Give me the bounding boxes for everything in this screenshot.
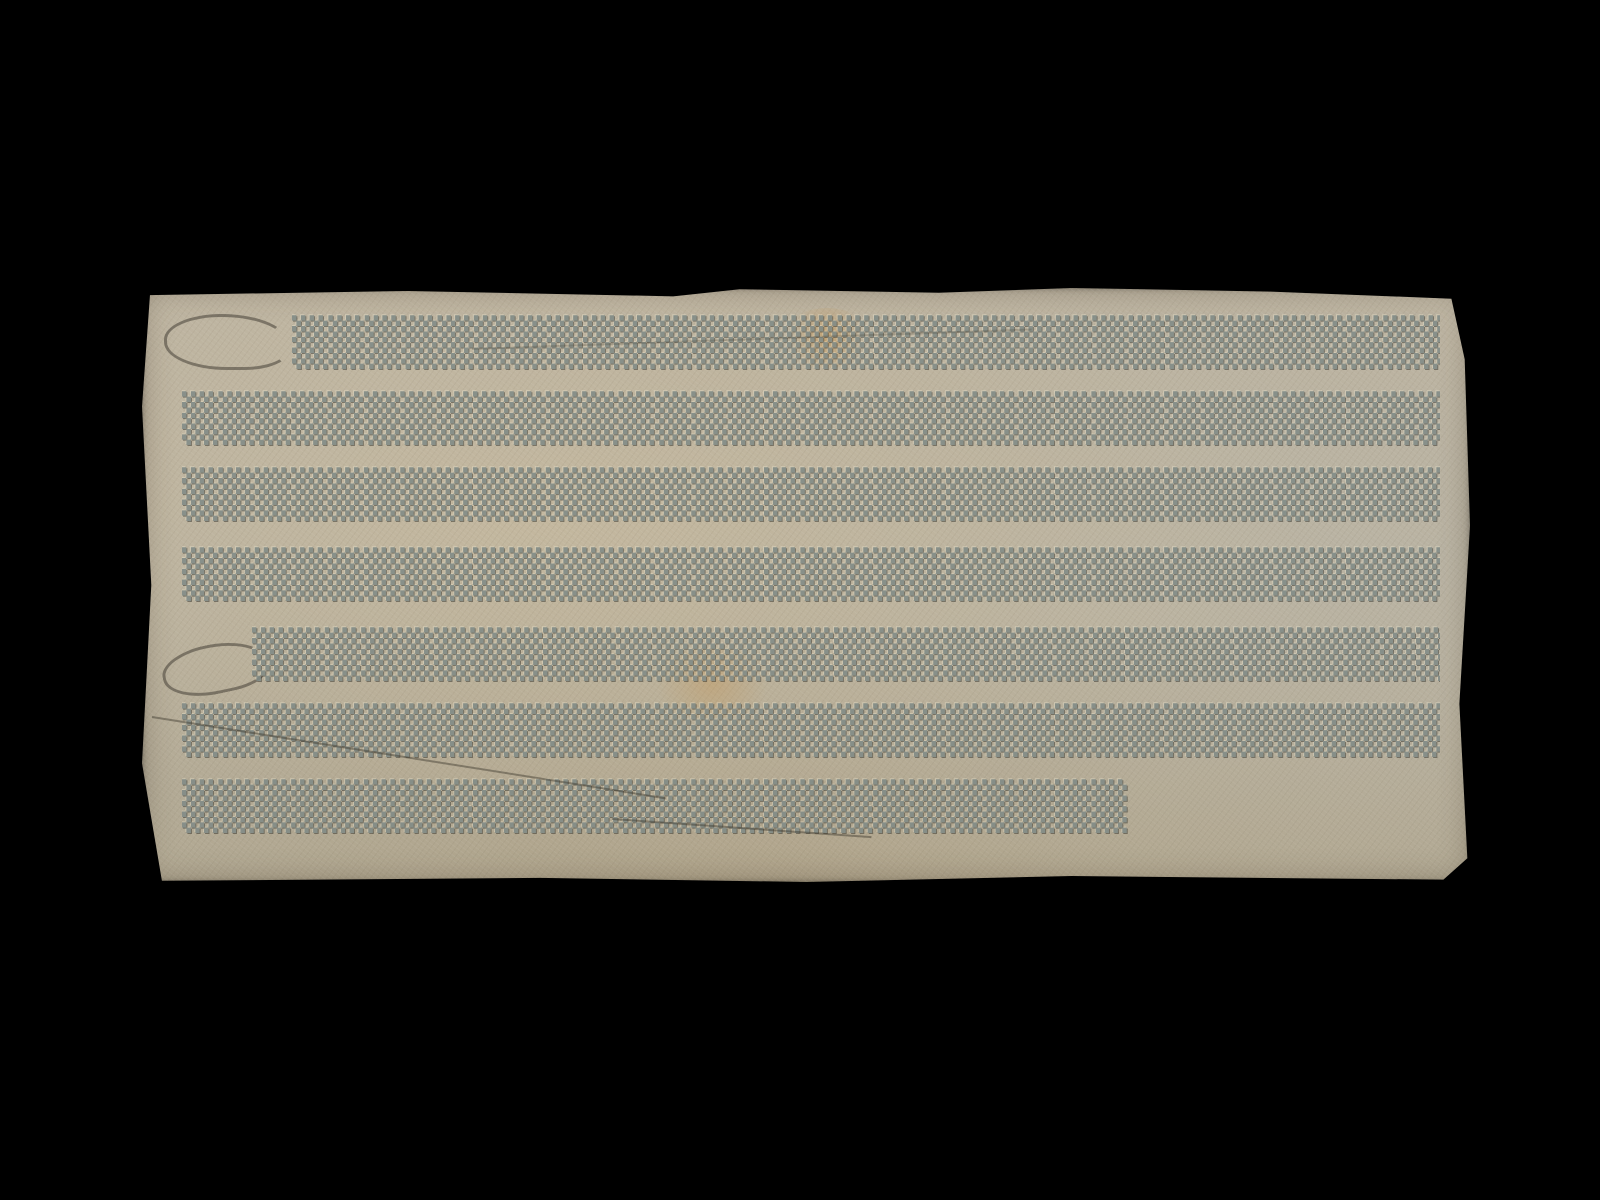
inscription-line-1: ▒▒▒▒▒▒▒▒▒▒▒▒▒▒▒▒▒▒▒▒▒▒▒▒▒▒▒▒▒▒▒▒▒▒▒▒: [292, 312, 1440, 372]
manicule-pointing-hand-icon: [164, 314, 290, 370]
inscription-line-4: ▒▒▒▒▒▒▒▒▒▒▒▒▒▒▒▒▒▒▒▒▒▒▒▒▒▒▒▒▒▒▒▒▒▒▒▒: [182, 544, 1440, 604]
inscription-line-2: ▒▒▒▒▒▒▒▒▒▒▒▒▒▒▒▒▒▒▒▒▒▒▒▒▒▒▒▒▒▒▒▒▒▒▒▒▒▒▒: [182, 388, 1440, 448]
inscription-line-7: ▒▒▒▒▒▒▒▒▒▒▒▒▒▒▒▒▒▒▒▒▒▒▒▒▒▒: [182, 776, 1170, 836]
inscription-line-3: ▒▒▒▒▒▒▒▒▒▒▒▒▒▒▒▒▒▒▒▒▒▒▒▒▒▒▒▒▒▒▒▒▒▒▒▒▒▒: [182, 464, 1440, 524]
inscription-line-5: ▒▒▒▒▒▒▒▒▒▒▒▒▒▒▒▒▒▒▒▒▒▒▒▒▒▒▒▒▒▒▒▒▒▒▒: [252, 624, 1440, 684]
stone-tablet: ▒▒▒▒▒▒▒▒▒▒▒▒▒▒▒▒▒▒▒▒▒▒▒▒▒▒▒▒▒▒▒▒▒▒▒▒ ▒▒▒…: [142, 288, 1470, 882]
photo-scene: ▒▒▒▒▒▒▒▒▒▒▒▒▒▒▒▒▒▒▒▒▒▒▒▒▒▒▒▒▒▒▒▒▒▒▒▒ ▒▒▒…: [0, 0, 1600, 1200]
